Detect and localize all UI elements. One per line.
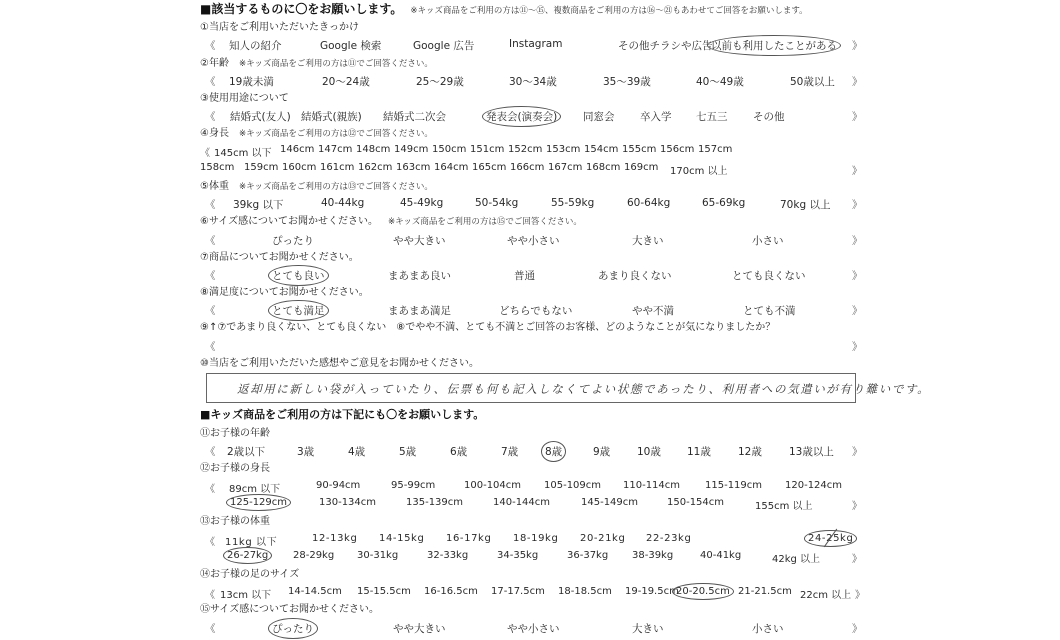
close-bracket: 》 <box>852 303 863 318</box>
q12-option[interactable]: 89cm 以下 <box>229 480 280 495</box>
q5-note: ※キッズ商品をご利用の方は⑬でご回答ください。 <box>239 182 433 192</box>
q6-label: ⑥サイズ感についてお聞かせください。※キッズ商品をご利用の方は⑮でご回答ください… <box>200 215 582 229</box>
q12-option[interactable]: 130-134cm <box>319 497 376 508</box>
q11-option[interactable]: 4歳 <box>348 444 365 459</box>
q4-option[interactable]: 162cm <box>358 162 392 173</box>
q13-options-row1: 《 11kg 以下 12-13kg 14-15kg 16-17kg 18-19k… <box>200 533 862 547</box>
q13-option[interactable]: 12-13kg <box>312 533 357 544</box>
q4-option[interactable]: 153cm <box>546 144 580 155</box>
q12-option[interactable]: 90-94cm <box>316 480 360 491</box>
q5-option[interactable]: 55-59kg <box>551 197 594 209</box>
q4-option[interactable]: 145cm 以下 <box>214 144 272 159</box>
close-bracket: 》 <box>852 162 862 177</box>
q2-option[interactable]: 40～49歳 <box>696 74 744 89</box>
q13-option[interactable]: 16-17kg <box>446 533 491 544</box>
open-bracket: 《 <box>205 586 215 601</box>
q4-option[interactable]: 165cm <box>472 162 506 173</box>
q4-option[interactable]: 146cm <box>280 144 314 155</box>
q13-option[interactable]: 42kg 以上 <box>772 550 820 565</box>
open-bracket: 《 <box>205 621 216 636</box>
q2-option[interactable]: 19歳未満 <box>229 74 274 89</box>
open-bracket: 《 <box>200 144 210 159</box>
open-bracket: 《 <box>205 268 216 283</box>
q1-option-selected[interactable]: 以前も利用したことがある <box>711 38 837 53</box>
q3-option[interactable]: 七五三 <box>696 109 728 124</box>
q13-option[interactable]: 18-19kg <box>513 533 558 544</box>
q6-note: ※キッズ商品をご利用の方は⑮でご回答ください。 <box>388 217 582 227</box>
q13-option[interactable]: 32-33kg <box>427 550 468 561</box>
q4-option[interactable]: 160cm <box>282 162 316 173</box>
q12-option[interactable]: 155cm 以上 <box>755 497 813 512</box>
q4-option[interactable]: 158cm <box>200 162 234 173</box>
q1-label: ①当店をご利用いただいたきっかけ <box>200 21 359 35</box>
close-bracket: 》 <box>852 550 862 565</box>
survey-sheet: ■該当するものに〇をお願いします。※キッズ商品をご利用の方は⑪～⑮、複数商品をご… <box>200 0 865 640</box>
open-bracket: 《 <box>205 480 215 495</box>
q13-option[interactable]: 11kg 以下 <box>225 533 277 548</box>
q4-option[interactable]: 168cm <box>586 162 620 173</box>
q3-option-selected[interactable]: 発表会(演奏会) <box>486 109 557 124</box>
q11-option[interactable]: 12歳 <box>738 444 762 459</box>
q5-option[interactable]: 39kg 以下 <box>233 197 283 212</box>
q12-label: ⑫お子様の身長 <box>200 462 270 476</box>
close-bracket: 》 <box>852 621 863 636</box>
q2-option[interactable]: 30～34歳 <box>509 74 557 89</box>
q14-option[interactable]: 14-14.5cm <box>288 586 342 597</box>
q3-option[interactable]: 同窓会 <box>583 109 615 124</box>
q11-option[interactable]: 9歳 <box>593 444 610 459</box>
q13-option[interactable]: 28-29kg <box>293 550 334 561</box>
q4-option[interactable]: 155cm <box>622 144 656 155</box>
q5-option[interactable]: 60-64kg <box>627 197 670 209</box>
q9-answer[interactable] <box>230 339 830 353</box>
q4-option[interactable]: 169cm <box>624 162 658 173</box>
close-bracket: 》 <box>852 197 863 212</box>
q12-option[interactable]: 115-119cm <box>705 480 762 491</box>
q13-option[interactable]: 30-31kg <box>357 550 398 561</box>
q12-options-row2: 125-129cm 130-134cm 135-139cm 140-144cm … <box>200 497 862 511</box>
q5-option[interactable]: 40-44kg <box>321 197 364 209</box>
q8-option[interactable]: どちらでもない <box>499 303 572 318</box>
q3-option[interactable]: その他 <box>753 109 785 124</box>
q2-option[interactable]: 35～39歳 <box>603 74 651 89</box>
close-bracket: 》 <box>852 444 863 459</box>
q8-label: ⑧満足度についてお聞かせください。 <box>200 286 369 300</box>
q11-option[interactable]: 3歳 <box>297 444 314 459</box>
q14-option[interactable]: 21-21.5cm <box>738 586 792 597</box>
q4-options-row2: 158cm 159cm 160cm 161cm 162cm 163cm 164c… <box>200 162 862 176</box>
q14-option[interactable]: 22cm 以上 <box>800 586 851 601</box>
q15-option[interactable]: 大きい <box>632 621 664 636</box>
q15-label: ⑮サイズ感についてお聞かせください。 <box>200 603 379 617</box>
q14-label: ⑭お子様の足のサイズ <box>200 568 299 582</box>
q13-option[interactable]: 20-21kg <box>580 533 625 544</box>
q4-option[interactable]: 151cm <box>470 144 504 155</box>
q9-answer-row: 《 》 <box>200 339 862 353</box>
q3-option[interactable]: 結婚式(親族) <box>301 109 362 124</box>
q2-label: ②年齢※キッズ商品をご利用の方は⑪でご回答ください。 <box>200 57 433 71</box>
q4-option[interactable]: 164cm <box>434 162 468 173</box>
q3-label: ③使用用途について <box>200 92 289 106</box>
q1-option[interactable]: Google 検索 <box>320 38 381 53</box>
q14-option[interactable]: 17-17.5cm <box>491 586 545 597</box>
q2-option[interactable]: 50歳以上 <box>790 74 835 89</box>
q4-option[interactable]: 157cm <box>698 144 732 155</box>
q11-option[interactable]: 10歳 <box>637 444 661 459</box>
q5-option[interactable]: 65-69kg <box>702 197 745 209</box>
q12-option[interactable]: 120-124cm <box>785 480 842 491</box>
q10-answer-box[interactable]: 返却用に新しい袋が入っていたり、伝票も何も記入しなくてよい状態であったり、利用者… <box>206 373 856 403</box>
q12-options-row1: 《 89cm 以下 90-94cm 95-99cm 100-104cm 105-… <box>200 480 862 494</box>
open-bracket: 《 <box>205 533 216 548</box>
q4-options-row1: 《 145cm 以下 146cm 147cm 148cm 149cm 150cm… <box>200 144 862 158</box>
q15-option[interactable]: やや大きい <box>393 621 446 636</box>
q5-title: ⑤体重 <box>200 181 229 192</box>
close-bracket: 》 <box>852 339 863 354</box>
q14-option[interactable]: 19-19.5cm <box>625 586 679 597</box>
q11-option-selected[interactable]: 8歳 <box>545 444 562 459</box>
q4-option[interactable]: 159cm <box>244 162 278 173</box>
q12-option[interactable]: 140-144cm <box>493 497 550 508</box>
q3-option[interactable]: 卒入学 <box>640 109 672 124</box>
close-bracket: 》 <box>852 74 863 89</box>
header-note: ※キッズ商品をご利用の方は⑪～⑮、複数商品をご利用の方は⑯～㉑もあわせてご回答を… <box>410 6 807 16</box>
q6-option[interactable]: 大きい <box>632 233 664 248</box>
q14-options: 《 13cm 以下 14-14.5cm 15-15.5cm 16-16.5cm … <box>200 586 862 600</box>
q4-title: ④身長 <box>200 128 229 139</box>
open-bracket: 《 <box>205 233 216 248</box>
close-bracket: 》 <box>852 38 863 53</box>
q6-title: ⑥サイズ感についてお聞かせください。 <box>200 216 378 227</box>
q8-option[interactable]: とても不満 <box>743 303 796 318</box>
q13-option-selected[interactable]: 26-27kg <box>227 550 268 561</box>
q13-option[interactable]: 22-23kg <box>646 533 691 544</box>
q6-option[interactable]: やや大きい <box>393 233 446 248</box>
open-bracket: 《 <box>205 38 216 53</box>
close-bracket: 》 <box>855 586 865 601</box>
q13-option[interactable]: 40-41kg <box>700 550 741 561</box>
open-bracket: 《 <box>205 339 216 354</box>
q10-label: ⑩当店をご利用いただいた感想やご意見をお聞かせください。 <box>200 357 479 371</box>
q15-option[interactable]: やや小さい <box>507 621 560 636</box>
q4-option[interactable]: 152cm <box>508 144 542 155</box>
q13-option[interactable]: 14-15kg <box>379 533 424 544</box>
q6-option[interactable]: ぴったり <box>272 233 314 248</box>
q1-option[interactable]: その他チラシや広告 <box>618 38 713 53</box>
q13-option[interactable]: 36-37kg <box>567 550 608 561</box>
close-bracket: 》 <box>852 268 863 283</box>
q14-option[interactable]: 15-15.5cm <box>357 586 411 597</box>
q4-option[interactable]: 156cm <box>660 144 694 155</box>
q14-option[interactable]: 18-18.5cm <box>558 586 612 597</box>
q15-option[interactable]: 小さい <box>752 621 784 636</box>
q4-option[interactable]: 161cm <box>320 162 354 173</box>
q2-title: ②年齢 <box>200 58 229 69</box>
q1-options: 《 知人の紹介 Google 検索 Google 広告 Instagram その… <box>200 38 862 52</box>
q1-option[interactable]: Google 広告 <box>413 38 474 53</box>
q5-options: 《 39kg 以下 40-44kg 45-49kg 50-54kg 55-59k… <box>200 197 862 211</box>
q10-handwritten-answer: 返却用に新しい袋が入っていたり、伝票も何も記入しなくてよい状態であったり、利用者… <box>237 381 930 397</box>
q4-option[interactable]: 147cm <box>318 144 352 155</box>
q11-options: 《 2歳以下 3歳 4歳 5歳 6歳 7歳 8歳 9歳 10歳 11歳 12歳 … <box>200 444 862 458</box>
q4-option[interactable]: 167cm <box>548 162 582 173</box>
open-bracket: 《 <box>205 109 216 124</box>
q4-option[interactable]: 150cm <box>432 144 466 155</box>
q14-option-selected[interactable]: 20-20.5cm <box>676 586 730 597</box>
q3-option[interactable]: 結婚式(友人) <box>230 109 291 124</box>
header-title: ■該当するものに〇をお願いします。 <box>200 2 402 16</box>
close-bracket: 》 <box>852 109 863 124</box>
q14-option[interactable]: 13cm 以下 <box>220 586 271 601</box>
close-bracket: 》 <box>852 233 863 248</box>
q4-option[interactable]: 166cm <box>510 162 544 173</box>
open-bracket: 《 <box>205 74 216 89</box>
q4-option[interactable]: 170cm 以上 <box>670 162 728 177</box>
q5-option[interactable]: 50-54kg <box>475 197 518 209</box>
open-bracket: 《 <box>205 303 216 318</box>
q1-option[interactable]: 知人の紹介 <box>229 38 282 53</box>
q6-option[interactable]: やや小さい <box>507 233 560 248</box>
q12-option-selected[interactable]: 125-129cm <box>230 497 287 508</box>
q12-option[interactable]: 110-114cm <box>623 480 680 491</box>
q2-note: ※キッズ商品をご利用の方は⑪でご回答ください。 <box>239 59 433 69</box>
q7-option[interactable]: 普通 <box>514 268 535 283</box>
q11-option[interactable]: 5歳 <box>399 444 416 459</box>
q11-option[interactable]: 2歳以下 <box>227 444 265 459</box>
q4-note: ※キッズ商品をご利用の方は⑫でご回答ください。 <box>239 129 433 139</box>
q2-option[interactable]: 20～24歳 <box>322 74 370 89</box>
q12-option[interactable]: 145-149cm <box>581 497 638 508</box>
q11-label: ⑪お子様の年齢 <box>200 427 270 441</box>
q7-options: 《 とても良い まあまあ良い 普通 あまり良くない とても良くない 》 <box>200 268 862 282</box>
q12-option[interactable]: 135-139cm <box>406 497 463 508</box>
q13-label: ⑬お子様の体重 <box>200 515 270 529</box>
q14-option[interactable]: 16-16.5cm <box>424 586 478 597</box>
q7-option-selected[interactable]: とても良い <box>272 268 325 283</box>
q12-option[interactable]: 100-104cm <box>464 480 521 491</box>
q8-option[interactable]: まあまあ満足 <box>388 303 451 318</box>
q7-option[interactable]: とても良くない <box>732 268 806 283</box>
open-bracket: 《 <box>205 197 216 212</box>
q3-option[interactable]: 結婚式二次会 <box>383 109 446 124</box>
q7-label: ⑦商品についてお聞かせください。 <box>200 251 359 265</box>
q13-option[interactable]: 34-35kg <box>497 550 538 561</box>
q4-option[interactable]: 154cm <box>584 144 618 155</box>
kids-section-header: ■キッズ商品をご利用の方は下記にも〇をお願いします。 <box>200 408 484 422</box>
q5-option[interactable]: 70kg 以上 <box>780 197 830 212</box>
q5-label: ⑤体重※キッズ商品をご利用の方は⑬でご回答ください。 <box>200 180 433 194</box>
q13-options-row2: 26-27kg 28-29kg 30-31kg 32-33kg 34-35kg … <box>200 550 862 564</box>
q2-options: 《 19歳未満 20～24歳 25～29歳 30～34歳 35～39歳 40～4… <box>200 74 862 88</box>
q3-options: 《 結婚式(友人) 結婚式(親族) 結婚式二次会 発表会(演奏会) 同窓会 卒入… <box>200 109 862 123</box>
q4-option[interactable]: 149cm <box>394 144 428 155</box>
q11-option[interactable]: 11歳 <box>687 444 711 459</box>
survey-header: ■該当するものに〇をお願いします。※キッズ商品をご利用の方は⑪～⑮、複数商品をご… <box>200 2 808 18</box>
q8-option-selected[interactable]: とても満足 <box>272 303 325 318</box>
q15-options: 《 ぴったり やや大きい やや小さい 大きい 小さい 》 <box>200 621 862 635</box>
q7-option[interactable]: あまり良くない <box>598 268 672 283</box>
q11-option[interactable]: 7歳 <box>501 444 518 459</box>
q8-options: 《 とても満足 まあまあ満足 どちらでもない やや不満 とても不満 》 <box>200 303 862 317</box>
close-bracket: 》 <box>852 497 862 512</box>
open-bracket: 《 <box>205 444 216 459</box>
q9-label: ⑨↑⑦であまり良くない、とても良くない ⑧でやや不満、とても不満とご回答のお客様… <box>200 321 775 335</box>
q4-label: ④身長※キッズ商品をご利用の方は⑫でご回答ください。 <box>200 127 433 141</box>
q6-option[interactable]: 小さい <box>752 233 784 248</box>
q6-options: 《 ぴったり やや大きい やや小さい 大きい 小さい 》 <box>200 233 862 247</box>
q1-option[interactable]: Instagram <box>509 38 562 50</box>
q12-option[interactable]: 105-109cm <box>544 480 601 491</box>
q4-option[interactable]: 163cm <box>396 162 430 173</box>
q4-option[interactable]: 148cm <box>356 144 390 155</box>
q11-option[interactable]: 6歳 <box>450 444 467 459</box>
q5-option[interactable]: 45-49kg <box>400 197 443 209</box>
q12-option[interactable]: 95-99cm <box>391 480 435 491</box>
q8-option[interactable]: やや不満 <box>632 303 674 318</box>
q13-option[interactable]: 38-39kg <box>632 550 673 561</box>
q7-option[interactable]: まあまあ良い <box>388 268 451 283</box>
q2-option[interactable]: 25～29歳 <box>416 74 464 89</box>
q15-option-selected[interactable]: ぴったり <box>272 621 314 636</box>
q11-option[interactable]: 13歳以上 <box>789 444 834 459</box>
q12-option[interactable]: 150-154cm <box>667 497 724 508</box>
